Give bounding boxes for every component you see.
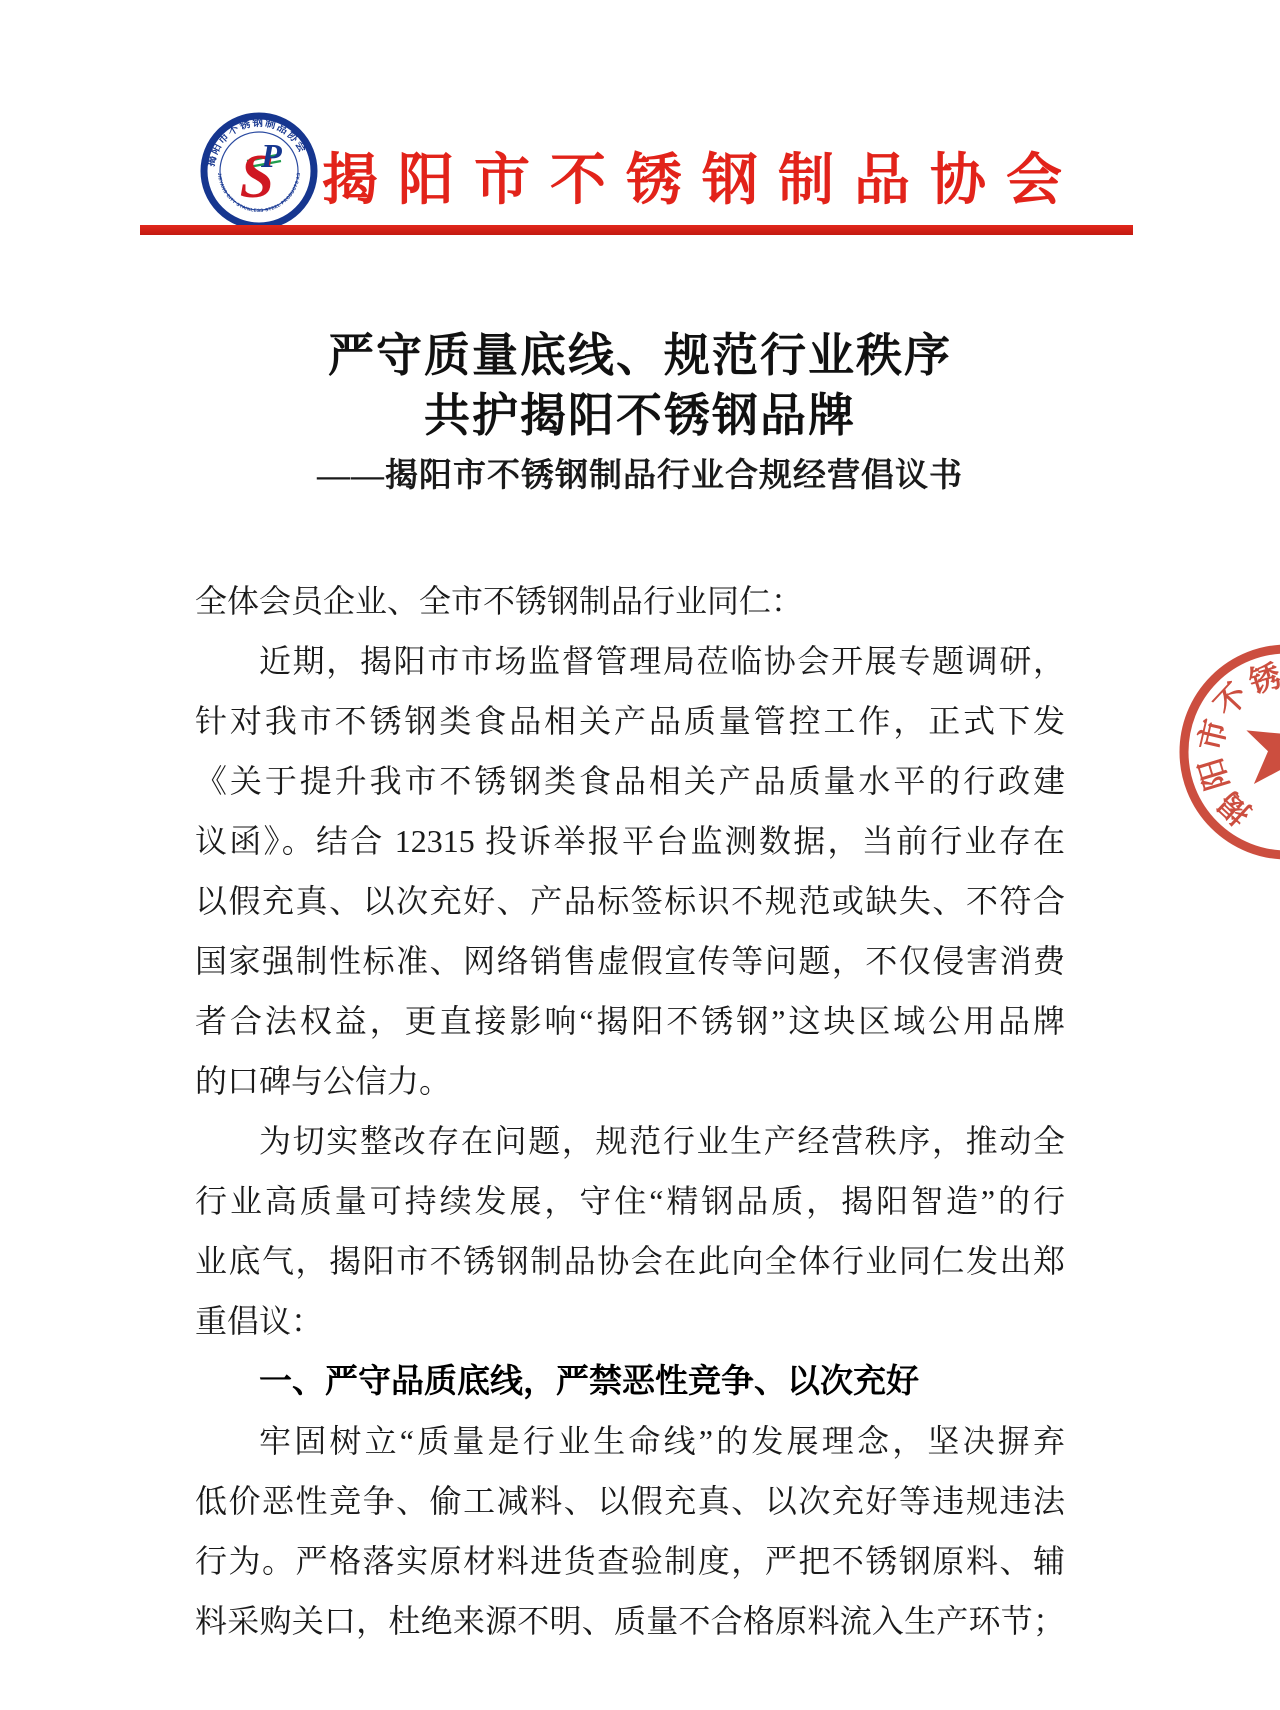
header-divider-rule (140, 225, 1133, 235)
association-logo: 揭阳市不锈钢制品协会 JIEYANG CITY STAINLESS STEEL … (199, 111, 319, 231)
body-line: 近期，揭阳市市场监督管理局莅临协会开展专题调研， (195, 631, 1065, 691)
seal-char: 市 (1192, 716, 1233, 754)
body-text: 全体会员企业、全市不锈钢制品行业同仁：近期，揭阳市市场监督管理局莅临协会开展专题… (195, 571, 1065, 1651)
body-line: 行业高质量可持续发展，守住“精钢品质，揭阳智造”的行 (195, 1171, 1065, 1231)
document-page: 揭阳市不锈钢制品协会 JIEYANG CITY STAINLESS STEEL … (0, 0, 1280, 1710)
title-block: 严守质量底线、规范行业秩序 共护揭阳不锈钢品牌 ——揭阳市不锈钢制品行业合规经营… (0, 325, 1280, 507)
official-seal-stamp: 揭阳市不锈 (1080, 555, 1280, 955)
body-line: 国家强制性标准、网络销售虚假宣传等问题，不仅侵害消费 (195, 931, 1065, 991)
body-line: 料采购关口，杜绝来源不明、质量不合格原料流入生产环节； (195, 1591, 1065, 1651)
body-line: 全体会员企业、全市不锈钢制品行业同仁： (195, 571, 1065, 631)
body-line: 重倡议： (195, 1291, 1065, 1351)
body-line: 牢固树立“质量是行业生命线”的发展理念，坚决摒弃 (195, 1411, 1065, 1471)
section-heading: 一、严守品质底线，严禁恶性竞争、以次充好 (195, 1351, 1065, 1411)
seal-char: 阳 (1193, 754, 1236, 794)
body-line: 低价恶性竞争、偷工减料、以假充真、以次充好等违规违法 (195, 1471, 1065, 1531)
body-line: 《关于提升我市不锈钢类食品相关产品质量水平的行政建 (195, 751, 1065, 811)
body-line: 以假充真、以次充好、产品标签标识不规范或缺失、不符合 (195, 871, 1065, 931)
seal-char: 锈 (1245, 658, 1280, 701)
body-line: 为切实整改存在问题，规范行业生产经营秩序，推动全 (195, 1111, 1065, 1171)
document-title-line2: 共护揭阳不锈钢品牌 (0, 385, 1280, 445)
seal-star-icon (1246, 707, 1280, 794)
org-name-header: 揭阳市不锈钢制品协会 (322, 150, 1082, 212)
body-line: 行为。严格落实原材料进货查验制度，严把不锈钢原料、辅 (195, 1531, 1065, 1591)
body-line: 的口碑与公信力。 (195, 1051, 1065, 1111)
document-subtitle: ——揭阳市不锈钢制品行业合规经营倡议书 (0, 445, 1280, 507)
logo-letter-p: P (260, 138, 282, 175)
body-line: 者合法权益，更直接影响“揭阳不锈钢”这块区域公用品牌 (195, 991, 1065, 1051)
body-line: 针对我市不锈钢类食品相关产品质量管控工作，正式下发 (195, 691, 1065, 751)
body-line: 议函》。结合 12315 投诉举报平台监测数据，当前行业存在 (195, 811, 1065, 871)
body-line: 业底气，揭阳市不锈钢制品协会在此向全体行业同仁发出郑 (195, 1231, 1065, 1291)
document-title-line1: 严守质量底线、规范行业秩序 (0, 325, 1280, 385)
